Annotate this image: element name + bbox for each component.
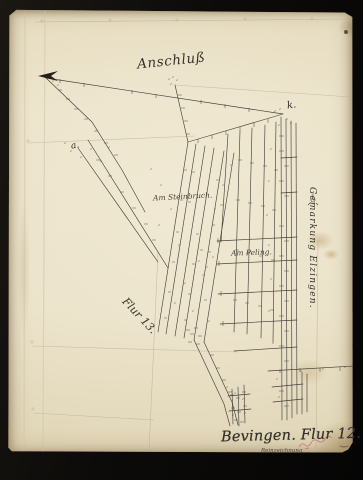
map-sheet [8, 9, 353, 453]
measurement-marks [52, 77, 346, 416]
label-gemarkung: Gemarkung Elzingen. [307, 187, 317, 309]
fold-creases [24, 11, 45, 452]
red-corner-mark [21, 452, 31, 455]
scan-background: Anschluß k. a. Am Steinbruch. Am Peling.… [0, 0, 363, 480]
survey-ticks [58, 79, 340, 422]
label-point-a: a. [70, 140, 80, 151]
map-subtitle: Reinzeichnung [261, 448, 302, 454]
label-am-peling: Am Peling. [231, 247, 272, 257]
label-point-k: k. [286, 99, 297, 111]
